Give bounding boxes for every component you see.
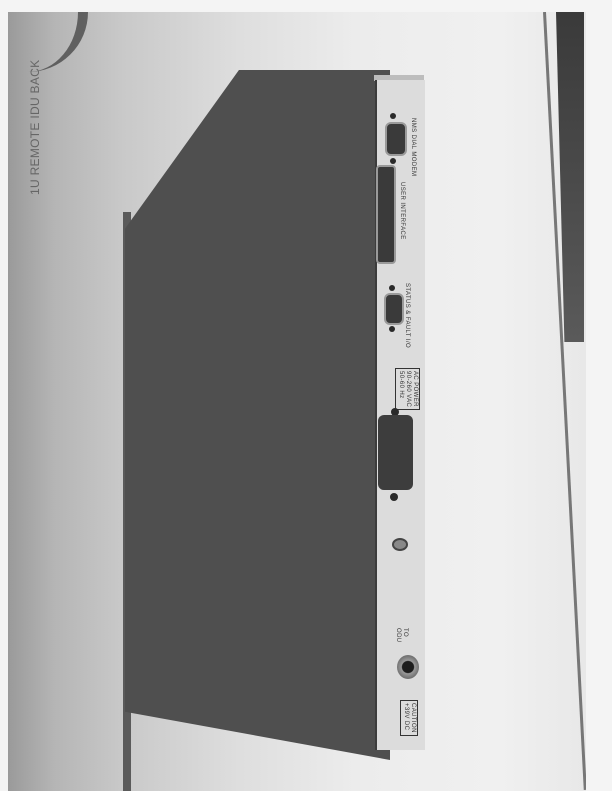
screw <box>389 326 395 332</box>
screw <box>390 158 396 164</box>
photo-caption: 1U REMOTE IDU BACK <box>28 60 42 195</box>
user-interface-port <box>376 165 396 264</box>
to-odu-label: TO ODU <box>394 628 408 643</box>
ground-stud <box>392 538 408 551</box>
nms-dial-modem-label: NMS DIAL MODEM <box>410 118 416 176</box>
ac-power-label: AC POWER 90-260 VAC 50-60 Hz <box>395 368 420 410</box>
to-odu-line-2: ODU <box>394 628 401 643</box>
odu-n-connector <box>397 655 419 679</box>
power-inlet-switch[interactable] <box>378 415 413 490</box>
ac-voltage-line: 90-260 VAC <box>404 371 411 407</box>
ac-power-line: AC POWER <box>411 371 418 407</box>
caution-line-2: +39V DC <box>402 703 409 733</box>
nms-dial-modem-port <box>385 122 407 156</box>
screw <box>389 285 395 291</box>
cable <box>8 12 88 72</box>
caution-line-1: CAUTION <box>409 703 416 733</box>
caution-label: CAUTION +39V DC <box>400 700 418 736</box>
idu-chassis-top <box>125 70 390 760</box>
to-odu-line-1: TO <box>401 628 408 643</box>
ac-frequency-line: 50-60 Hz <box>397 371 404 407</box>
status-fault-port <box>384 293 404 325</box>
screw <box>390 113 396 119</box>
screw <box>390 493 398 501</box>
status-fault-label: STATUS & FAULT I/O <box>404 283 410 348</box>
user-interface-label: USER INTERFACE <box>399 182 405 240</box>
